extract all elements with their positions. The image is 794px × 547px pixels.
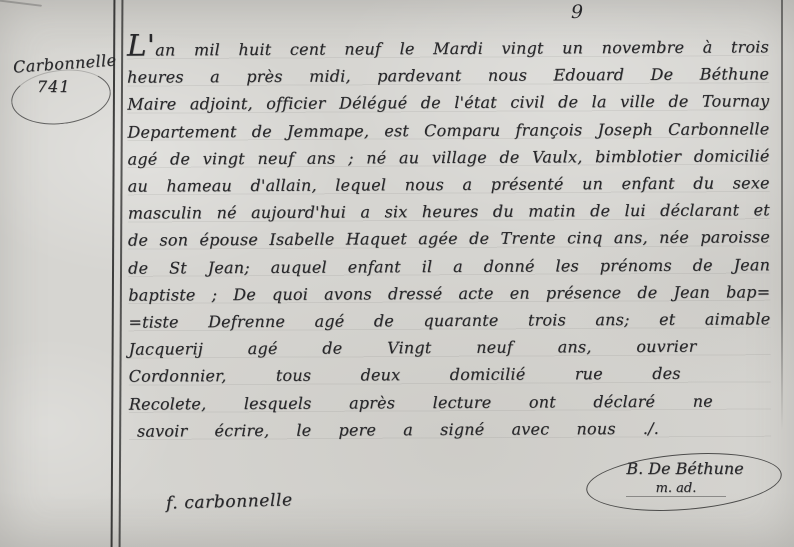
manuscript-line: heures a près midi, pardevant nous Edoua… xyxy=(127,61,769,92)
act-body-text: L'an mil huit cent neuf le Mardi vingt u… xyxy=(127,33,771,444)
official-signature-title: m. ad. xyxy=(626,481,726,497)
manuscript-line: savoir écrire, le pere a signé avec nous… xyxy=(137,415,659,445)
official-signature-group: B. De Béthune m. ad. xyxy=(586,445,786,515)
official-signature-name: B. De Béthune xyxy=(600,459,770,478)
manuscript-line: Jacquerij agé de Vingt neuf ans, ouvrier xyxy=(129,333,697,363)
manuscript-line: au hameau d'allain, lequel nous a présen… xyxy=(128,169,770,200)
manuscript-line: de St Jean; auquel enfant il a donné les… xyxy=(128,251,770,282)
manuscript-line: =tiste Defrenne agé de quarante trois an… xyxy=(128,305,770,336)
manuscript-line: masculin né aujourd'hui a six heures du … xyxy=(128,197,770,228)
manuscript-line: L'an mil huit cent neuf le Mardi vingt u… xyxy=(127,33,769,64)
page-number-mark: 9 xyxy=(571,1,583,23)
manuscript-line: de son épouse Isabelle Haquet agée de Tr… xyxy=(128,224,770,255)
manuscript-line: Maire adjoint, officier Délégué de l'éta… xyxy=(127,88,769,119)
margin-annotation: Carbonnelle 741 xyxy=(13,54,119,96)
document-page: Carbonnelle 741 9 L'an mil huit cent neu… xyxy=(0,0,794,547)
corner-ink-mark xyxy=(0,0,42,7)
manuscript-line: baptiste ; De quoi avons dressé acte en … xyxy=(128,278,770,309)
manuscript-line: Cordonnier, tous deux domicilié rue des xyxy=(129,360,681,390)
father-signature: f. carbonnelle xyxy=(166,490,293,513)
right-page-edge-rule xyxy=(781,0,783,430)
manuscript-line: agé de vingt neuf ans ; né au village de… xyxy=(128,142,770,173)
manuscript-line: Departement de Jemmape, est Comparu fran… xyxy=(127,115,769,146)
manuscript-line: Recolete, lesquels après lecture ont déc… xyxy=(129,387,713,417)
